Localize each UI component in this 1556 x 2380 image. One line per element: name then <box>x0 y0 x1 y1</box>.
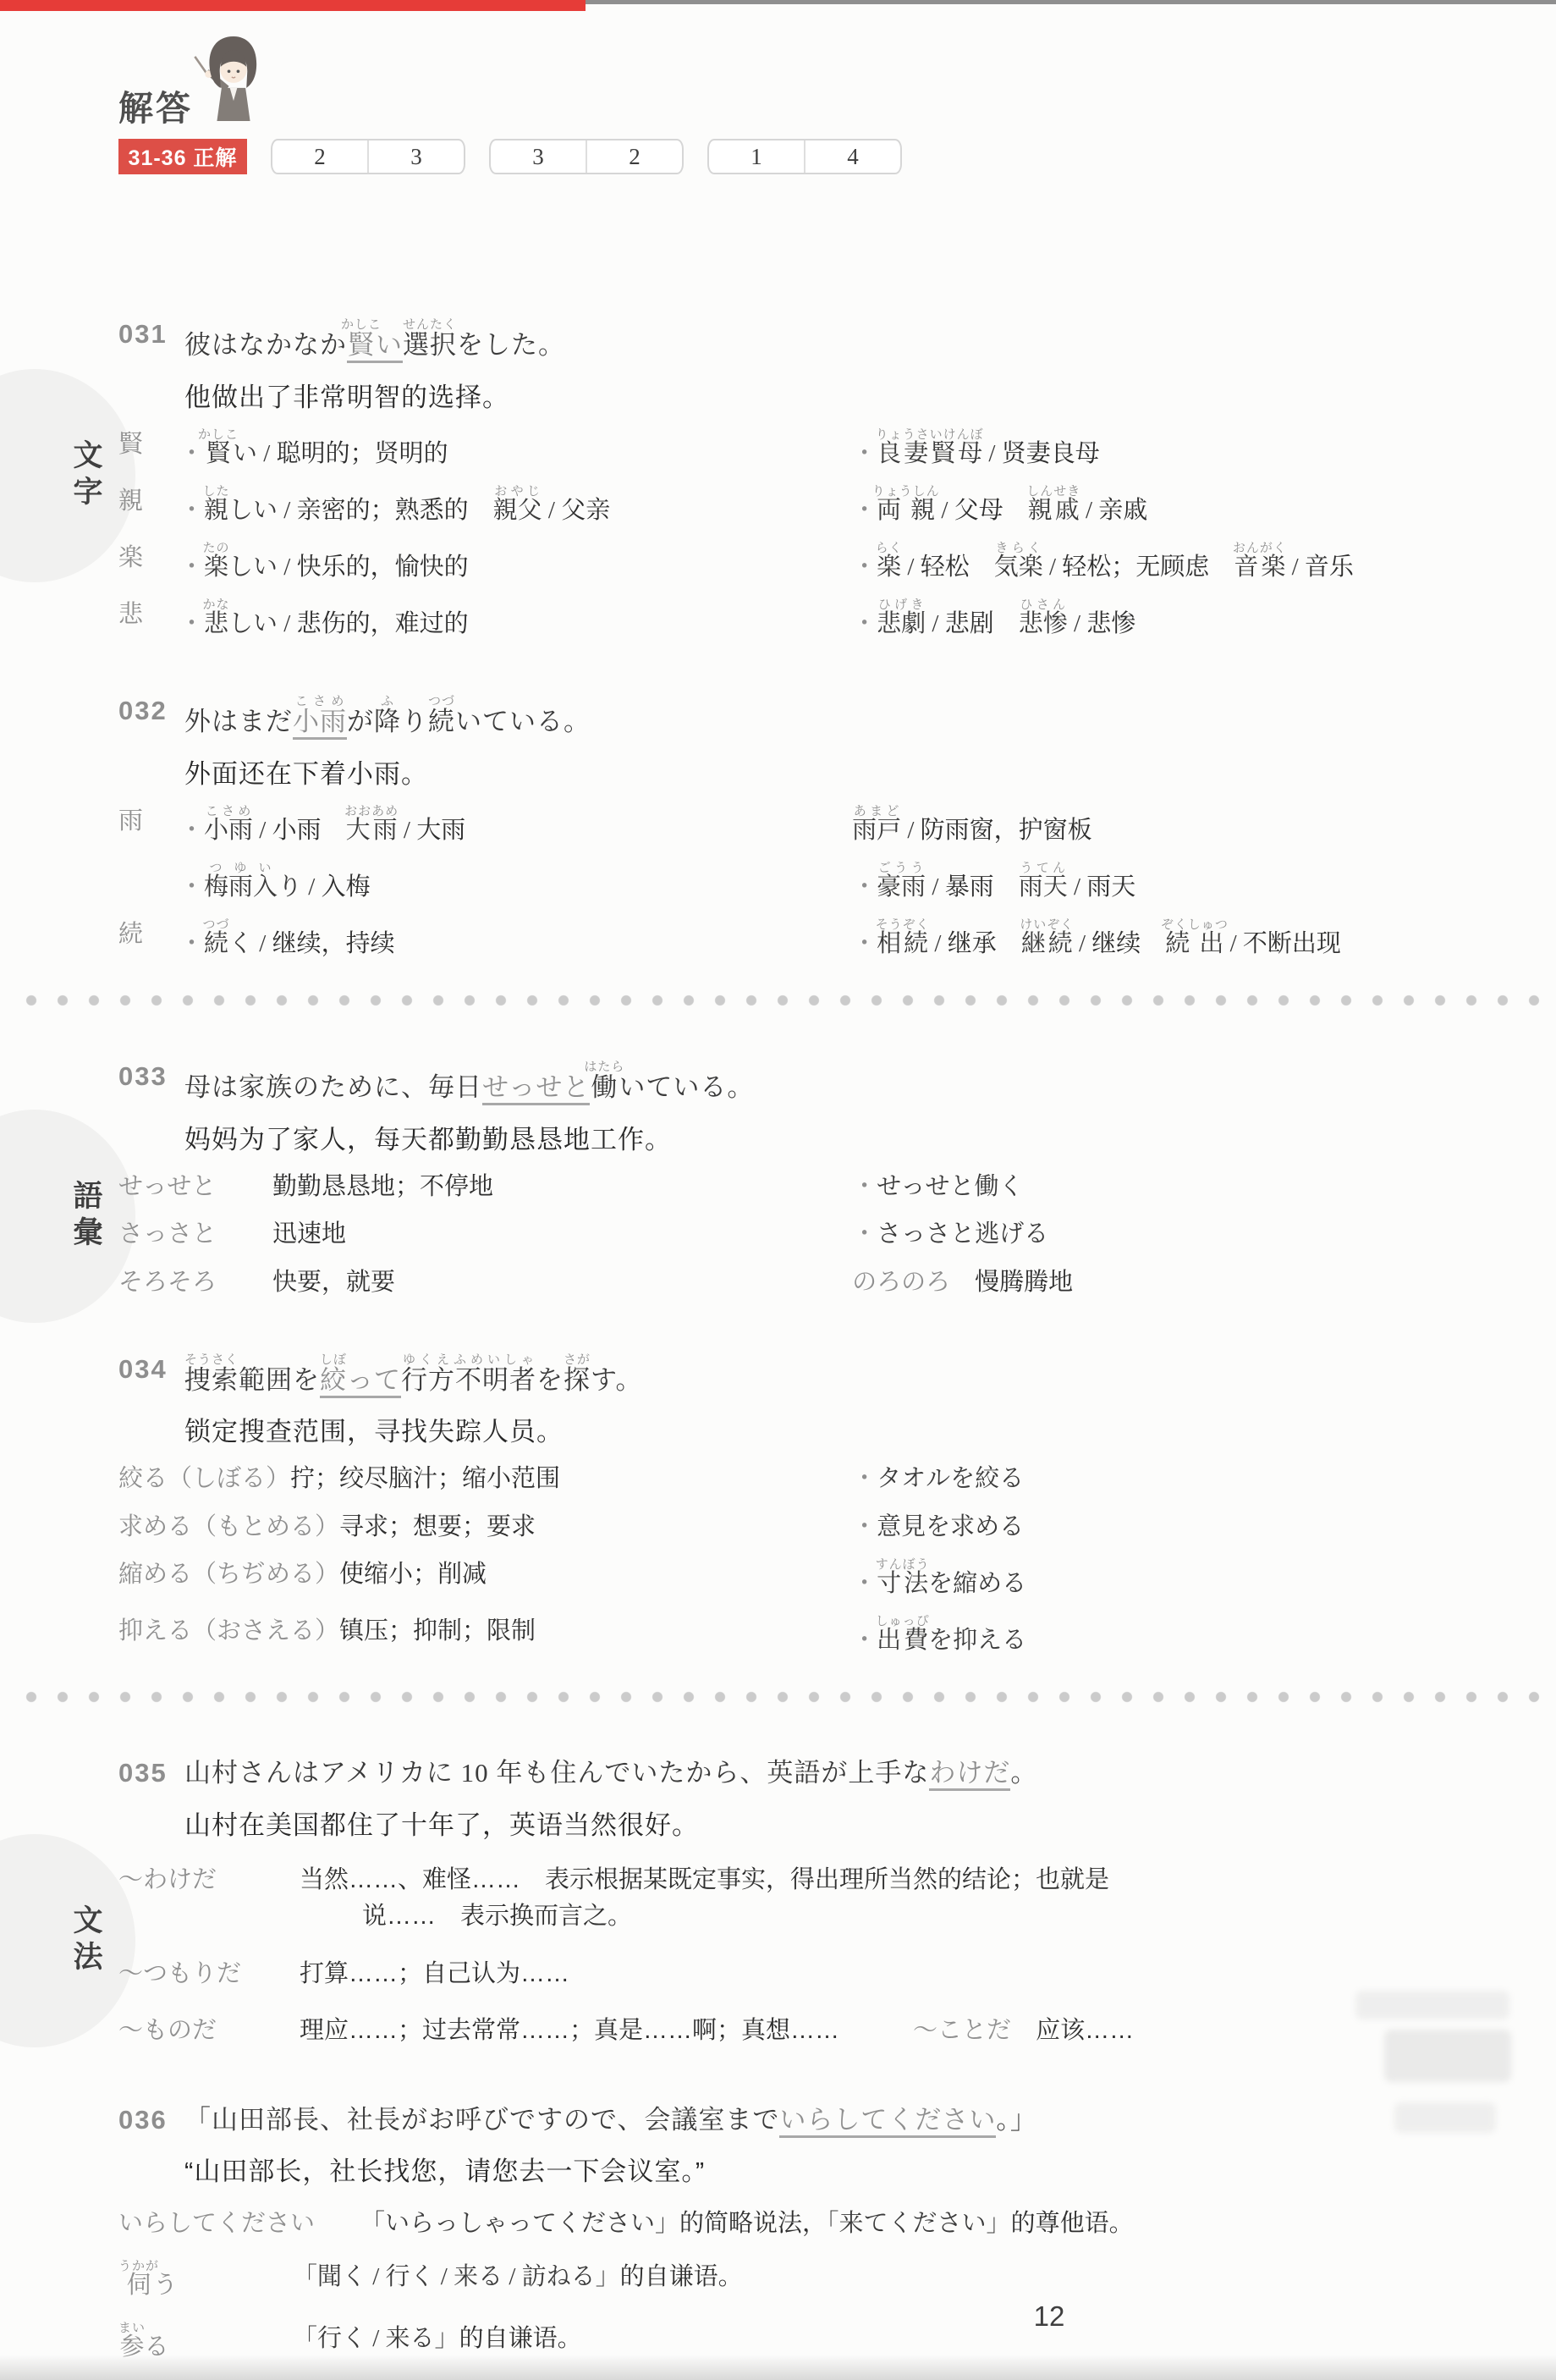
answer-value: 2 <box>586 140 682 173</box>
verb-example: ・タオルを絞る <box>852 1463 1503 1496</box>
grammar-head: ～ものだ <box>118 2013 300 2050</box>
verb-row: 絞る（しぼる）拧；绞尽脑汁；缩小范围 ・タオルを絞る <box>118 1463 1503 1496</box>
question-sentence-row: 035 山村さんはアメリカに 10 年も住んでいたから、英語が上手なわけだ。 <box>118 1740 1503 1790</box>
top-edge-scan-line <box>586 0 1556 4</box>
vocab-row: 楽 ・楽たのしい / 快乐的，愉快的 ・楽らく / 轻松 気楽きらく / 轻松；… <box>118 542 1503 584</box>
vocab-left: ・小雨こさめ / 小雨 大雨おおあめ / 大雨 <box>179 805 852 847</box>
word-head: せっせと <box>118 1171 272 1204</box>
verb-row: 求める（もとめる）寻求；想要；要求 ・意見を求める <box>118 1511 1503 1544</box>
sentence-japanese: 外はまだ小雨こさめが降ふり続つづいている。 <box>184 695 1503 739</box>
verb-example: ・寸法すんぼうを縮める <box>852 1558 1503 1600</box>
vocab-right: 雨戸あまど / 防雨窗，护窗板 <box>852 805 1503 847</box>
answer-box-1: 2 3 <box>271 139 465 174</box>
scanned-textbook-page: 文字 語彙 文法 解答 31-36 正解 <box>0 0 1556 2380</box>
question-sentence-row: 032 外はまだ小雨こさめが降ふり続つづいている。 <box>118 678 1503 739</box>
verb-definition: 求める（もとめる）寻求；想要；要求 <box>118 1511 852 1544</box>
sentence-chinese: 山村在美国都住了十年了，英语当然很好。 <box>184 1804 1503 1842</box>
question-034: 034 捜索そうさく範囲を絞しぼって行方不明者ゆくえふめいしゃを探さがす。 锁定… <box>118 1336 1503 1657</box>
vocab-row: ・梅雨入つゆいり / 入梅 ・豪雨ごうう / 暴雨 雨天うてん / 雨天 <box>118 862 1503 904</box>
verb-row: 抑える（おさえる）镇压；抑制；限制 ・出費しゅっぴを抑える <box>118 1615 1503 1657</box>
bleed-through-smudge <box>1355 1991 1509 2019</box>
sentence-japanese: 彼はなかなか賢かしこい選択せんたくをした。 <box>184 318 1503 362</box>
answer-key-row: 31-36 正解 2 3 3 2 1 4 <box>118 139 1503 174</box>
grammar-head: ～つもりだ <box>118 1956 300 1993</box>
vocab-kanji-head: 賢 <box>118 428 179 461</box>
keigo-explanation: 「行く / 来る」的自谦语。 <box>293 2322 1503 2356</box>
page-content: 解答 31-36 正解 2 3 3 <box>118 36 1503 2364</box>
sentence-chinese: “山田部长，社长找您，请您去一下会议室。” <box>184 2150 1503 2188</box>
question-number: 031 <box>118 318 184 351</box>
verb-example: ・意見を求める <box>852 1511 1503 1544</box>
vocab-kanji-head: 悲 <box>118 598 179 631</box>
sidebar-tab-goi: 語彙 <box>0 1110 135 1323</box>
vocab-left: ・梅雨入つゆいり / 入梅 <box>179 862 852 904</box>
bleed-through-smudge <box>1394 2102 1496 2133</box>
word-row: さっさと 迅速地 ・さっさと逃げる <box>118 1218 1503 1251</box>
grammar-explanation: 当然……、难怪…… 表示根据某既定事实，得出理所当然的结论；也就是 说…… 表示… <box>300 1862 1503 1936</box>
question-036: 036 「山田部長、社長がお呼びですので、会議室までいらしてください。」 “山田… <box>118 2087 1503 2365</box>
word-definition: 勤勤恳恳地；不停地 <box>272 1171 852 1204</box>
sentence-japanese: 母は家族のために、毎日せっせと働はたらいている。 <box>184 1061 1503 1105</box>
keigo-explanation: 「いらっしゃってください」的简略说法，「来てください」的尊他语。 <box>360 2206 1503 2241</box>
question-sentence-row: 034 捜索そうさく範囲を絞しぼって行方不明者ゆくえふめいしゃを探さがす。 <box>118 1336 1503 1397</box>
sidebar-tab-moji: 文字 <box>0 369 135 582</box>
verb-example: ・出費しゅっぴを抑える <box>852 1615 1503 1657</box>
answer-value: 1 <box>709 140 804 173</box>
answer-value: 3 <box>367 140 464 173</box>
sentence-japanese: 「山田部長、社長がお呼びですので、会議室までいらしてください。」 <box>184 2104 1503 2137</box>
vocab-kanji-head: 親 <box>118 485 179 518</box>
keigo-row: 伺うかがう 「聞く / 行く / 来る / 訪ねる」的自谦语。 <box>118 2260 1503 2303</box>
answer-value: 4 <box>804 140 900 173</box>
sentence-chinese: 妈妈为了家人，每天都勤勤恳恳地工作。 <box>184 1118 1503 1156</box>
verb-definition: 絞る（しぼる）拧；绞尽脑汁；缩小范围 <box>118 1463 852 1496</box>
question-sentence-row: 036 「山田部長、社長がお呼びですので、会議室までいらしてください。」 <box>118 2087 1503 2137</box>
keigo-head: 伺うかがう <box>118 2260 247 2303</box>
grammar-row: ～つもりだ 打算……；自己认为…… <box>118 1956 1503 1993</box>
top-edge-red-bar <box>0 0 586 11</box>
grammar-line: 打算……；自己认为…… <box>300 1956 1503 1993</box>
teacher-girl-illustration <box>191 32 276 125</box>
grammar-row: ～わけだ 当然……、难怪…… 表示根据某既定事实，得出理所当然的结论；也就是 说… <box>118 1862 1503 1936</box>
sentence-chinese: 他做出了非常明智的选择。 <box>184 376 1503 414</box>
question-sentence-row: 033 母は家族のために、毎日せっせと働はたらいている。 <box>118 1044 1503 1105</box>
question-032: 032 外はまだ小雨こさめが降ふり続つづいている。 外面还在下着小雨。 雨 ・小… <box>118 678 1503 961</box>
vocab-right: ・相続そうぞく / 继承 継続けいぞく / 继续 続出ぞくしゅつ / 不断出现 <box>852 918 1503 961</box>
vocab-left: ・続つづく / 继续，持续 <box>179 918 852 961</box>
question-number: 033 <box>118 1061 184 1094</box>
keigo-head: いらしてください <box>118 2206 315 2241</box>
vocab-left: ・賢かしこい / 聪明的；贤明的 <box>179 428 852 471</box>
grammar-line: 理应……；过去常常……；真是……啊；真想…… ～ことだ 应该…… <box>300 2013 1503 2050</box>
sidebar-tab-label: 語彙 <box>64 1180 107 1253</box>
grammar-head: ～わけだ <box>118 1862 300 1899</box>
word-row: せっせと 勤勤恳恳地；不停地 ・せっせと働く <box>118 1171 1503 1204</box>
verb-definition: 縮める（ちぢめる）使缩小；削减 <box>118 1558 852 1591</box>
page-number: 12 <box>1011 2300 1087 2333</box>
vocab-left: ・悲かなしい / 悲伤的，难过的 <box>179 598 852 641</box>
vocab-right: ・両親りょうしん / 父母 親戚しんせき / 亲戚 <box>852 485 1503 527</box>
question-031: 031 彼はなかなか賢かしこい選択せんたくをした。 他做出了非常明智的选择。 賢… <box>118 301 1503 641</box>
question-number: 034 <box>118 1353 184 1386</box>
vocab-kanji-head: 楽 <box>118 542 179 575</box>
keigo-row: いらしてください 「いらっしゃってください」的简略说法，「来てください」的尊他语… <box>118 2206 1503 2241</box>
keigo-explanation: 「聞く / 行く / 来る / 訪ねる」的自谦语。 <box>293 2260 1503 2295</box>
sidebar-tab-label: 文法 <box>64 1904 107 1977</box>
vocab-row: 雨 ・小雨こさめ / 小雨 大雨おおあめ / 大雨 雨戸あまど / 防雨窗，护窗… <box>118 805 1503 847</box>
question-number: 036 <box>118 2104 184 2137</box>
word-head: そろそろ <box>118 1266 272 1299</box>
grammar-line: 当然……、难怪…… 表示根据某既定事实，得出理所当然的结论；也就是 <box>300 1862 1503 1899</box>
verb-definition: 抑える（おさえる）镇压；抑制；限制 <box>118 1615 852 1648</box>
keigo-row: 参まいる 「行く / 来る」的自谦语。 <box>118 2322 1503 2365</box>
sidebar-tab-label: 文字 <box>64 439 107 512</box>
word-example: のろのろ 慢腾腾地 <box>852 1266 1503 1299</box>
vocab-kanji-head: 続 <box>118 918 179 951</box>
dotted-divider <box>25 994 1548 1006</box>
vocab-row: 続 ・続つづく / 继续，持续 ・相続そうぞく / 继承 継続けいぞく / 继续… <box>118 918 1503 961</box>
vocab-right: ・楽らく / 轻松 気楽きらく / 轻松；无顾虑 音楽おんがく / 音乐 <box>852 542 1503 584</box>
grammar-explanation: 理应……；过去常常……；真是……啊；真想…… ～ことだ 应该…… <box>300 2013 1503 2050</box>
question-number: 035 <box>118 1757 184 1790</box>
vocab-row: 悲 ・悲かなしい / 悲伤的，难过的 ・悲劇ひげき / 悲剧 悲惨ひさん / 悲… <box>118 598 1503 641</box>
word-definition: 迅速地 <box>272 1218 852 1251</box>
bleed-through-smudge <box>1384 2030 1511 2082</box>
answer-value: 2 <box>272 140 367 173</box>
answer-box-3: 1 4 <box>707 139 902 174</box>
answer-value: 3 <box>491 140 586 173</box>
sentence-japanese: 捜索そうさく範囲を絞しぼって行方不明者ゆくえふめいしゃを探さがす。 <box>184 1353 1503 1397</box>
vocab-row: 賢 ・賢かしこい / 聪明的；贤明的 ・良妻賢母りょうさいけんぼ / 贤妻良母 <box>118 428 1503 471</box>
keigo-head: 参まいる <box>118 2322 247 2365</box>
question-sentence-row: 031 彼はなかなか賢かしこい選択せんたくをした。 <box>118 301 1503 362</box>
word-example: ・さっさと逃げる <box>852 1218 1503 1251</box>
question-number: 032 <box>118 695 184 728</box>
word-example: ・せっせと働く <box>852 1171 1503 1204</box>
grammar-explanation: 打算……；自己认为…… <box>300 1956 1503 1993</box>
word-row: そろそろ 快要，就要 のろのろ 慢腾腾地 <box>118 1266 1503 1299</box>
grammar-line: 说…… 表示换而言之。 <box>362 1898 1503 1936</box>
dotted-divider <box>25 1691 1548 1703</box>
vocab-row: 親 ・親したしい / 亲密的；熟悉的 親父おやじ / 父亲 ・両親りょうしん /… <box>118 485 1503 527</box>
vocab-kanji-head: 雨 <box>118 805 179 838</box>
vocab-right: ・良妻賢母りょうさいけんぼ / 贤妻良母 <box>852 428 1503 471</box>
question-033: 033 母は家族のために、毎日せっせと働はたらいている。 妈妈为了家人，每天都勤… <box>118 1044 1503 1298</box>
vocab-left: ・親したしい / 亲密的；熟悉的 親父おやじ / 父亲 <box>179 485 852 527</box>
answer-header: 解答 <box>118 36 1503 129</box>
verb-row: 縮める（ちぢめる）使缩小；削减 ・寸法すんぼうを縮める <box>118 1558 1503 1600</box>
sidebar-tab-bunpou: 文法 <box>0 1834 135 2047</box>
question-035: 035 山村さんはアメリカに 10 年も住んでいたから、英語が上手なわけだ。 山… <box>118 1740 1503 2050</box>
answer-range-label: 31-36 正解 <box>118 139 247 174</box>
word-head: さっさと <box>118 1218 272 1251</box>
grammar-row: ～ものだ 理应……；过去常常……；真是……啊；真想…… ～ことだ 应该…… <box>118 2013 1503 2050</box>
vocab-right: ・豪雨ごうう / 暴雨 雨天うてん / 雨天 <box>852 862 1503 904</box>
vocab-right: ・悲劇ひげき / 悲剧 悲惨ひさん / 悲惨 <box>852 598 1503 641</box>
vocab-left: ・楽たのしい / 快乐的，愉快的 <box>179 542 852 584</box>
word-definition: 快要，就要 <box>272 1266 852 1299</box>
sentence-japanese: 山村さんはアメリカに 10 年も住んでいたから、英語が上手なわけだ。 <box>184 1757 1503 1790</box>
sentence-chinese: 锁定搜查范围，寻找失踪人员。 <box>184 1410 1503 1448</box>
answer-heading: 解答 <box>118 80 193 130</box>
answer-box-2: 3 2 <box>489 139 684 174</box>
sentence-chinese: 外面还在下着小雨。 <box>184 752 1503 791</box>
